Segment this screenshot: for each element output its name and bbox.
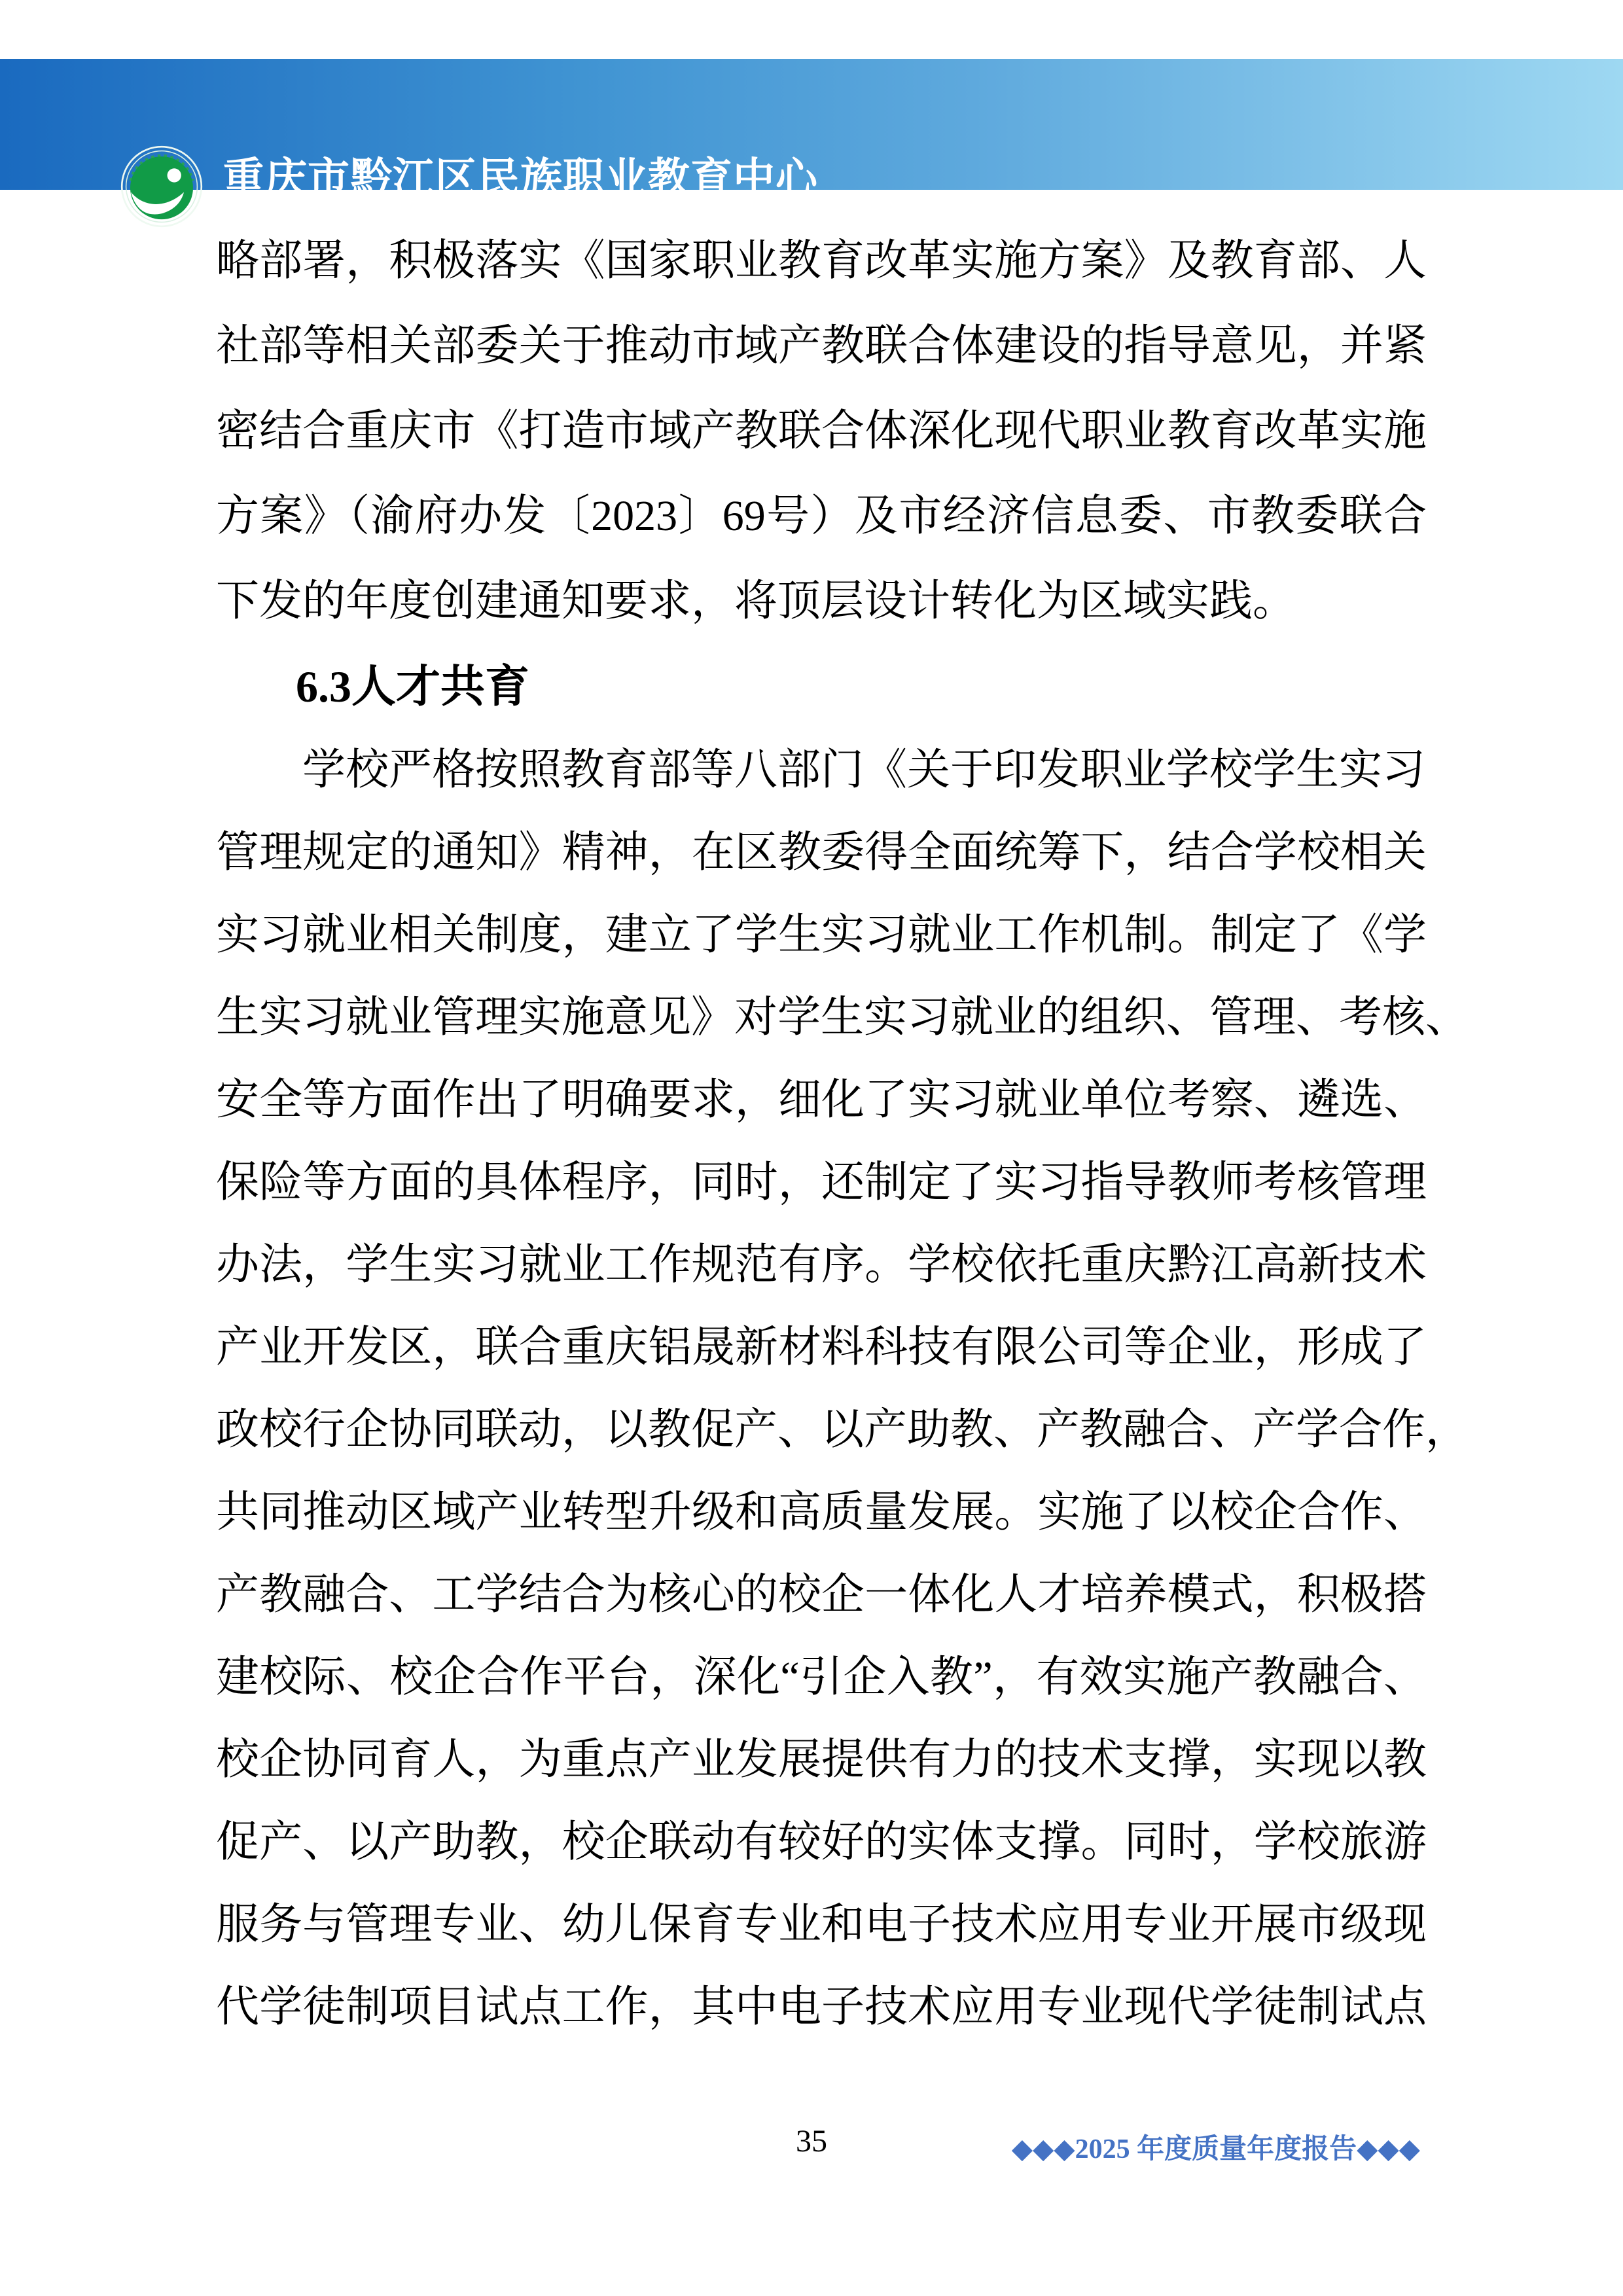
text-line: 共同推动区域产业转型升级和高质量发展。实施了以校企合作、 [216, 1471, 1427, 1554]
text-line: 密结合重庆市《打造市域产教联合体深化现代职业教育改革实施 [216, 389, 1427, 474]
report-banner: ◆◆◆2025 年度质量年度报告◆◆◆ [1012, 2127, 1420, 2166]
text-line: 学校严格按照教育部等八部门《关于印发职业学校学生实习 [216, 729, 1427, 812]
text-line: 政校行企协同联动，以教促产、以产助教、产教融合、产学合作， [216, 1389, 1427, 1471]
text-line: 实习就业相关制度，建立了学生实习就业工作机制。制定了《学 [216, 894, 1427, 977]
school-name: 重庆市黔江区民族职业教育中心 [223, 145, 818, 205]
text-line: 方案》（渝府办发〔2023〕69号）及市经济信息委、市教委联合 [216, 474, 1427, 559]
intro-paragraph: 略部署，积极落实《国家职业教育改革实施方案》及教育部、人 社部等相关部委关于推动… [216, 219, 1427, 644]
school-emblem-icon [120, 145, 204, 228]
text-line: 建校际、校企合作平台，深化“引企入教”，有效实施产教融合、 [216, 1636, 1427, 1719]
text-line: 校企协同育人，为重点产业发展提供有力的技术支撑，实现以教 [216, 1719, 1427, 1801]
text-line: 社部等相关部委关于推动市域产教联合体建设的指导意见，并紧 [216, 304, 1427, 389]
text-line: 产教融合、工学结合为核心的校企一体化人才培养模式，积极搭 [216, 1554, 1427, 1636]
text-line: 产业开发区，联合重庆铝晟新材料科技有限公司等企业，形成了 [216, 1306, 1427, 1389]
section-paragraph: 学校严格按照教育部等八部门《关于印发职业学校学生实习 管理规定的通知》精神，在区… [216, 729, 1427, 2049]
text-line: 保险等方面的具体程序，同时，还制定了实习指导教师考核管理 [216, 1141, 1427, 1224]
text-line: 服务与管理专业、幼儿保育专业和电子技术应用专业开展市级现 [216, 1884, 1427, 1966]
text-line: 生实习就业管理实施意见》对学生实习就业的组织、管理、考核、 [216, 977, 1427, 1059]
text-line: 代学徒制项目试点工作，其中电子技术应用专业现代学徒制试点 [216, 1966, 1427, 2049]
section-heading: 6.3人才共育 [216, 644, 1427, 729]
text-line: 管理规定的通知》精神，在区教委得全面统筹下，结合学校相关 [216, 812, 1427, 894]
header-band: 重庆市黔江区民族职业教育中心 CHONGQING SHI QIANJIANG Q… [0, 59, 1623, 190]
text-line: 安全等方面作出了明确要求，细化了实习就业单位考察、遴选、 [216, 1059, 1427, 1141]
text-line: 办法，学生实习就业工作规范有序。学校依托重庆黔江高新技术 [216, 1224, 1427, 1306]
document-page: 重庆市黔江区民族职业教育中心 CHONGQING SHI QIANJIANG Q… [0, 0, 1623, 2296]
text-line: 下发的年度创建通知要求，将顶层设计转化为区域实践。 [216, 559, 1427, 644]
text-line: 促产、以产助教，校企联动有较好的实体支撑。同时，学校旅游 [216, 1801, 1427, 1884]
document-body: 略部署，积极落实《国家职业教育改革实施方案》及教育部、人 社部等相关部委关于推动… [216, 219, 1427, 2049]
text-line: 略部署，积极落实《国家职业教育改革实施方案》及教育部、人 [216, 219, 1427, 304]
